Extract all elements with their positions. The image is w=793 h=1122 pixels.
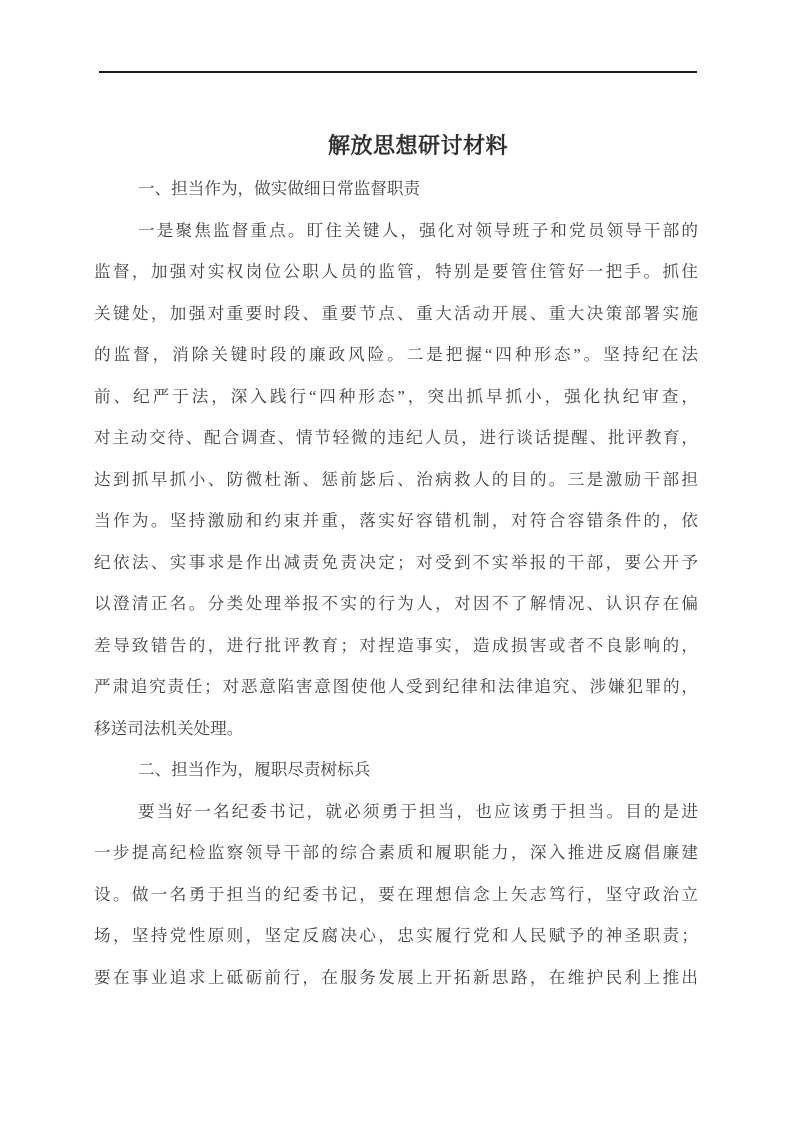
document-title: 解放思想研讨材料: [94, 128, 698, 164]
body-text-line: 纪依法、实事求是作出减责免责决定；对受到不实举报的干部，要公开予: [94, 542, 698, 584]
body-text-line: 对主动交待、配合调查、情节轻微的违纪人员，进行谈话提醒、批评教育，: [94, 417, 698, 459]
section-heading-line: 二、担当作为，履职尽责树标兵: [94, 749, 698, 791]
section-heading-line: 一、担当作为，做实做细日常监督职责: [94, 168, 698, 210]
body-text-line: 一是聚焦监督重点。盯住关键人，强化对领导班子和党员领导干部的: [94, 210, 698, 252]
body-text-line: 监督，加强对实权岗位公职人员的监管，特别是要管住管好一把手。抓住: [94, 251, 698, 293]
body-text-line: 当作为。坚持激励和约束并重，落实好容错机制，对符合容错条件的，依: [94, 500, 698, 542]
body-text-line: 要当好一名纪委书记，就必须勇于担当，也应该勇于担当。目的是进: [94, 791, 698, 833]
document-body: 一、担当作为，做实做细日常监督职责一是聚焦监督重点。盯住关键人，强化对领导班子和…: [94, 168, 698, 998]
body-text-line: 场，坚持党性原则，坚定反腐决心，忠实履行党和人民赋予的神圣职责；: [94, 915, 698, 957]
body-text-line: 移送司法机关处理。: [94, 708, 698, 750]
body-text-line: 设。做一名勇于担当的纪委书记，要在理想信念上矢志笃行，坚守政治立: [94, 874, 698, 916]
body-text-line: 前、纪严于法，深入践行“四种形态”，突出抓早抓小，强化执纪审查，: [94, 376, 698, 418]
body-text-line: 关键处，加强对重要时段、重要节点、重大活动开展、重大决策部署实施: [94, 293, 698, 335]
header-rule: [99, 71, 697, 73]
body-text-line: 以澄清正名。分类处理举报不实的行为人，对因不了解情况、认识存在偏: [94, 583, 698, 625]
body-text-line: 一步提高纪检监察领导干部的综合素质和履职能力，深入推进反腐倡廉建: [94, 832, 698, 874]
document-page: 解放思想研讨材料 一、担当作为，做实做细日常监督职责一是聚焦监督重点。盯住关键人…: [0, 0, 793, 1122]
body-text-line: 达到抓早抓小、防微杜渐、惩前毖后、治病救人的目的。三是激励干部担: [94, 459, 698, 501]
body-text-line: 的监督，消除关键时段的廉政风险。二是把握“四种形态”。坚持纪在法: [94, 334, 698, 376]
body-text-line: 差导致错告的，进行批评教育；对捏造事实，造成损害或者不良影响的，: [94, 625, 698, 667]
body-text-line: 严肃追究责任；对恶意陷害意图使他人受到纪律和法律追究、涉嫌犯罪的，: [94, 666, 698, 708]
body-text-line: 要在事业追求上砥砺前行，在服务发展上开拓新思路，在维护民利上推出: [94, 957, 698, 999]
